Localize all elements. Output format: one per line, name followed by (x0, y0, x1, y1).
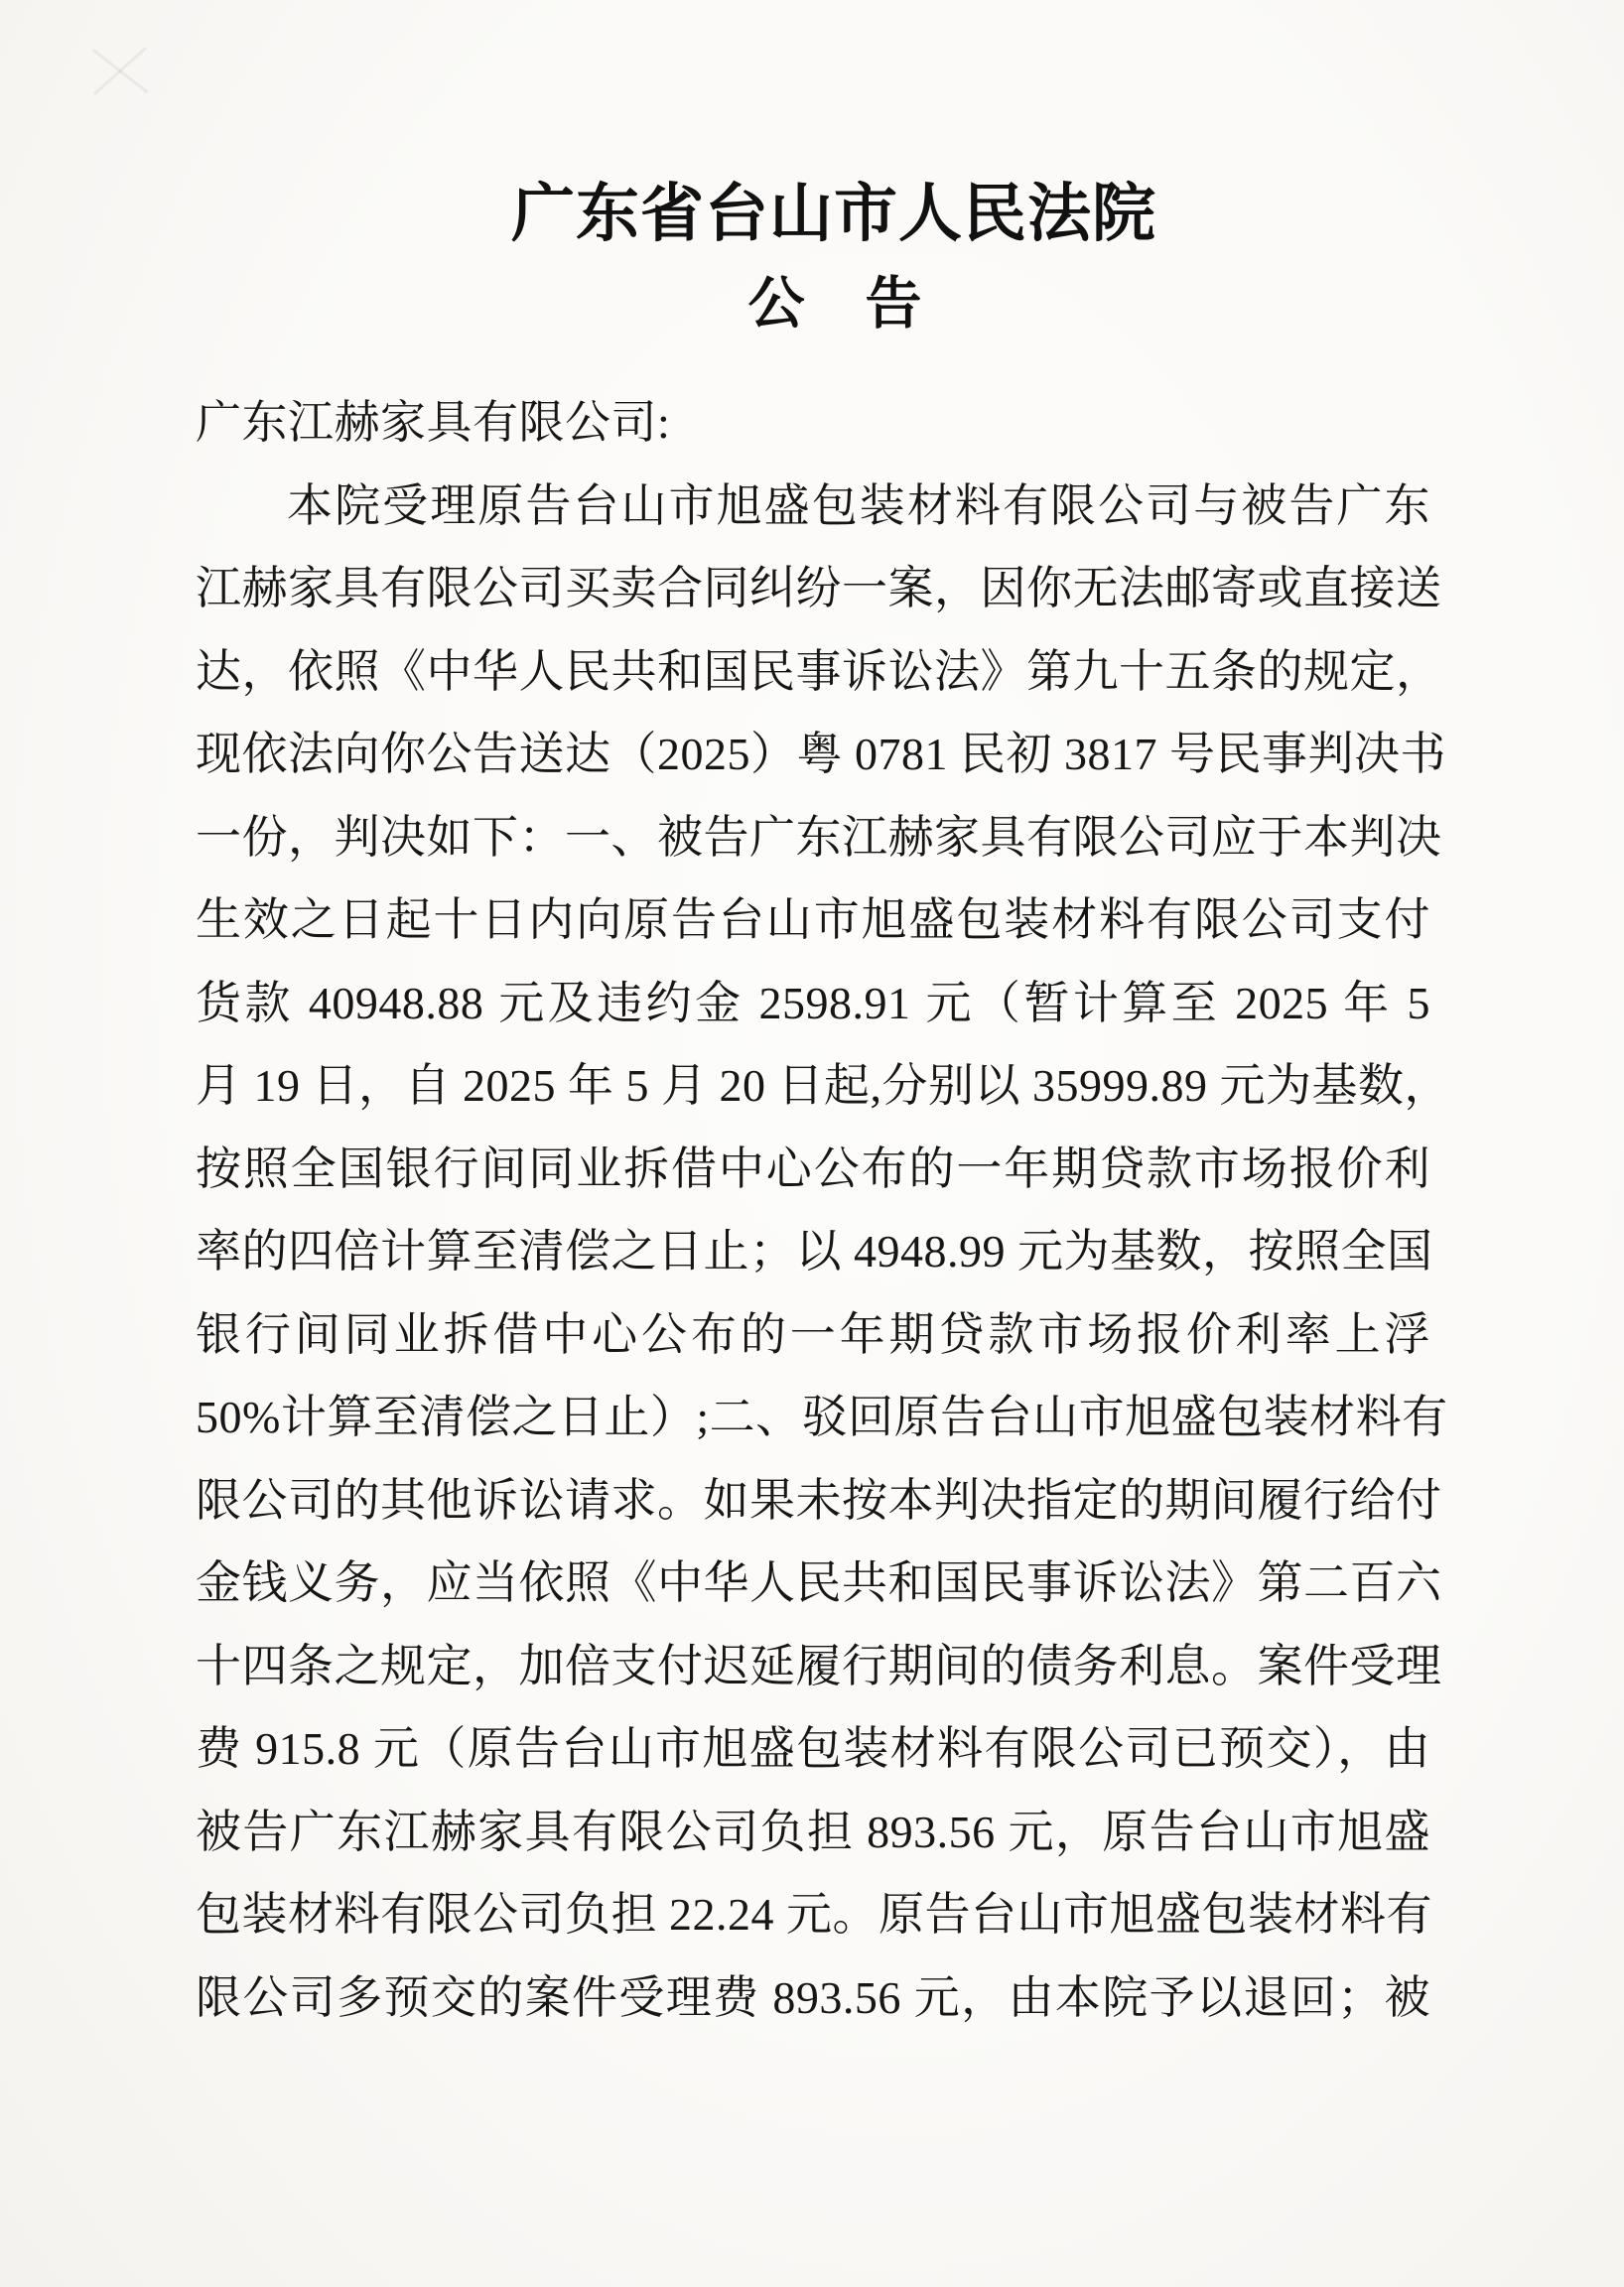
body-line: 本院受理原告台山市旭盛包装材料有限公司与被告广东 (196, 465, 1430, 548)
body-line: 金钱义务，应当依照《中华人民共和国民事诉讼法》第二百六 (196, 1542, 1430, 1625)
body-line: 一份，判决如下：一、被告广东江赫家具有限公司应于本判决 (196, 796, 1430, 879)
body-line: 包装材料有限公司负担 22.24 元。原告台山市旭盛包装材料有 (196, 1873, 1430, 1956)
notice-body: 广东江赫家具有限公司: 本院受理原告台山市旭盛包装材料有限公司与被告广东 江赫家… (196, 381, 1430, 2039)
body-line: 江赫家具有限公司买卖合同纠纷一案，因你无法邮寄或直接送 (196, 547, 1430, 630)
court-name-title: 广东省台山市人民法院 (22, 175, 1624, 254)
body-line: 月 19 日，自 2025 年 5 月 20 日起,分别以 35999.89 元… (196, 1044, 1430, 1128)
scan-crease-mark (85, 38, 155, 107)
addressee-line: 广东江赫家具有限公司: (196, 381, 1430, 465)
body-line: 达，依照《中华人民共和国民事诉讼法》第九十五条的规定， (196, 630, 1430, 714)
notice-heading: 公 告 (24, 268, 1624, 339)
body-line: 被告广东江赫家具有限公司负担 893.56 元，原告台山市旭盛 (196, 1791, 1430, 1874)
body-line: 限公司的其他诉讼请求。如果未按本判决指定的期间履行给付 (196, 1459, 1430, 1543)
body-line: 率的四倍计算至清偿之日止；以 4948.99 元为基数，按照全国 (196, 1210, 1430, 1293)
body-line: 50%计算至清偿之日止）;二、驳回原告台山市旭盛包装材料有 (196, 1376, 1430, 1459)
body-line: 银行间同业拆借中心公布的一年期贷款市场报价利率上浮 (196, 1293, 1430, 1377)
body-line: 按照全国银行间同业拆借中心公布的一年期贷款市场报价利 (196, 1128, 1430, 1211)
body-line: 货款 40948.88 元及违约金 2598.91 元（暂计算至 2025 年 … (196, 962, 1430, 1045)
scanned-document-page: 广东省台山市人民法院 公 告 广东江赫家具有限公司: 本院受理原告台山市旭盛包装… (0, 0, 1624, 2287)
body-line: 十四条之规定，加倍支付迟延履行期间的债务利息。案件受理 (196, 1625, 1430, 1708)
body-line: 限公司多预交的案件受理费 893.56 元，由本院予以退回；被 (196, 1956, 1430, 2040)
body-line: 费 915.8 元（原告台山市旭盛包装材料有限公司已预交），由 (196, 1707, 1430, 1791)
body-line: 现依法向你公告送达（2025）粤 0781 民初 3817 号民事判决书 (196, 713, 1430, 796)
body-line: 生效之日起十日内向原告台山市旭盛包装材料有限公司支付 (196, 878, 1430, 962)
